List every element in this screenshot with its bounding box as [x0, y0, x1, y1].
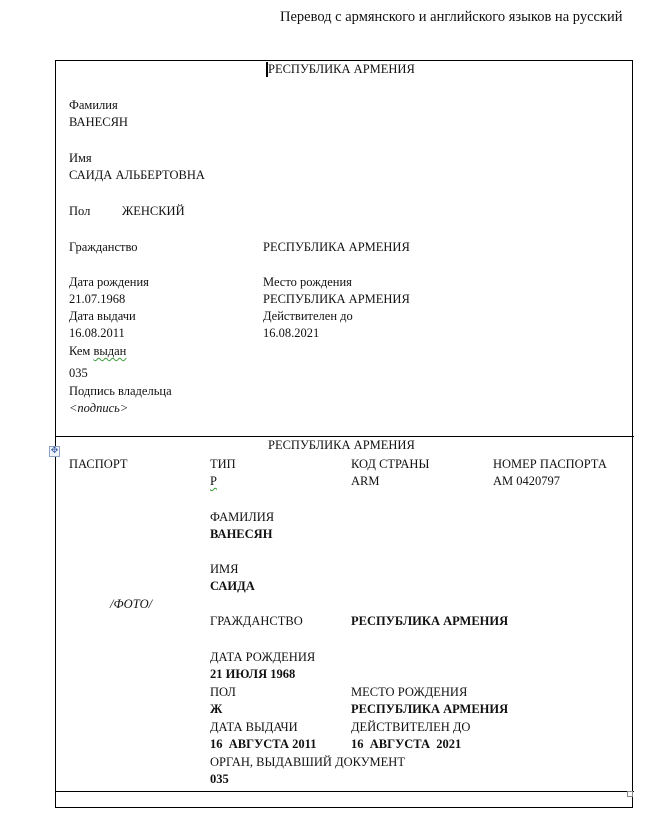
- sex-value: ЖЕНСКИЙ: [122, 203, 185, 219]
- valid-until-label-2: ДЕЙСТВИТЕЛЕН ДО: [351, 719, 470, 735]
- issue-date-label: Дата выдачи: [69, 308, 136, 324]
- sex-label-2: ПОЛ: [210, 684, 236, 700]
- type-value: P: [210, 473, 217, 489]
- birth-date-value-2: 21 ИЮЛЯ 1968: [210, 666, 295, 682]
- passport-number-value: AM 0420797: [493, 473, 560, 489]
- birth-place-value: РЕСПУБЛИКА АРМЕНИЯ: [263, 291, 410, 307]
- section2-title: РЕСПУБЛИКА АРМЕНИЯ: [268, 437, 415, 453]
- valid-until-value-2: 16 АВГУСТА 2021: [351, 736, 461, 752]
- type-label: ТИП: [210, 456, 236, 472]
- birth-date-label-2: ДАТА РОЖДЕНИЯ: [210, 649, 315, 665]
- country-code-label: КОД СТРАНЫ: [351, 456, 429, 472]
- sex-value-2: Ж: [210, 701, 222, 717]
- valid-until-label: Действителен до: [263, 308, 353, 324]
- table-row-divider: [55, 791, 634, 792]
- birth-place-label-2: МЕСТО РОЖДЕНИЯ: [351, 684, 467, 700]
- birth-place-value-2: РЕСПУБЛИКА АРМЕНИЯ: [351, 701, 508, 717]
- name-label: Имя: [69, 150, 92, 166]
- sex-label: Пол: [69, 203, 90, 219]
- surname-label-2: ФАМИЛИЯ: [210, 509, 274, 525]
- table-move-handle-icon[interactable]: ✥: [49, 446, 60, 457]
- passport-number-label: НОМЕР ПАСПОРТА: [493, 456, 607, 472]
- citizenship-label-2: ГРАЖДАНСТВО: [210, 613, 303, 629]
- name-value-2: САИДА: [210, 578, 255, 594]
- authority-label: ОРГАН, ВЫДАВШИЙ ДОКУМЕНТ: [210, 754, 405, 770]
- issue-date-value: 16.08.2011: [69, 325, 125, 341]
- name-value: САИДА АЛЬБЕРТОВНА: [69, 167, 205, 183]
- country-code-value: ARM: [351, 473, 379, 489]
- photo-placeholder: /ФОТО/: [110, 596, 152, 612]
- surname-value-2: ВАНЕСЯН: [210, 526, 272, 542]
- passport-label: ПАСПОРТ: [69, 456, 128, 472]
- valid-until-value: 16.08.2021: [263, 325, 319, 341]
- issue-date-label-2: ДАТА ВЫДАЧИ: [210, 719, 298, 735]
- issue-date-value-2: 16 АВГУСТА 2011: [210, 736, 316, 752]
- signature-label: Подпись владельца: [69, 383, 172, 399]
- translation-header: Перевод с армянского и английского языко…: [280, 8, 623, 26]
- issued-by-value: 035: [69, 365, 88, 381]
- citizenship-value-2: РЕСПУБЛИКА АРМЕНИЯ: [351, 613, 508, 629]
- issued-by-label-spellchecked: выдан: [93, 344, 126, 358]
- name-label-2: ИМЯ: [210, 561, 238, 577]
- issued-by-label: Кем выдан: [69, 343, 126, 359]
- citizenship-value: РЕСПУБЛИКА АРМЕНИЯ: [263, 239, 410, 255]
- surname-value: ВАНЕСЯН: [69, 114, 128, 130]
- birth-date-label: Дата рождения: [69, 274, 149, 290]
- table-resize-handle-icon[interactable]: [627, 791, 633, 797]
- signature-value: <подпись>: [69, 400, 128, 416]
- birth-place-label: Место рождения: [263, 274, 352, 290]
- birth-date-value: 21.07.1968: [69, 291, 125, 307]
- section1-title: РЕСПУБЛИКА АРМЕНИЯ: [268, 61, 415, 77]
- issued-by-label-part: Кем: [69, 344, 93, 358]
- surname-label: Фамилия: [69, 97, 118, 113]
- authority-value: 035: [210, 771, 229, 787]
- citizenship-label: Гражданство: [69, 239, 138, 255]
